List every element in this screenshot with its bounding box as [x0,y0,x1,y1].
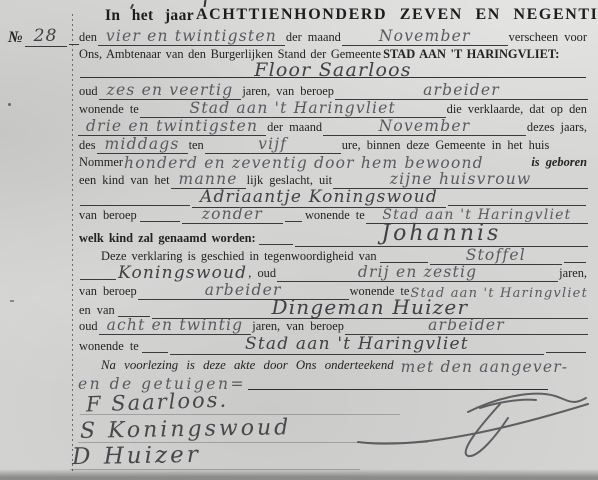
rule-segment [142,342,168,353]
house-occupied-entry: door hem bewoond [314,156,530,172]
header-line: In het jaar ACHTTIENHONDERD ZEVEN EN NEG… [78,5,588,25]
declarant-age-entry: zes en veertig [99,83,242,101]
printed-text: jaren, van beroep [242,85,334,97]
printed-text: oud [79,320,98,332]
birth-day-entry: drie en twintigsten [78,119,266,137]
rule-segment [140,211,180,222]
printed-text: den [79,31,97,43]
printed-text: lijk geslacht, uit [247,174,333,186]
scan-bottom-edge [0,469,598,480]
act-number-value: 28 [25,28,67,47]
house-number-entry: honderd en zeventig [124,156,308,172]
printed-text: wonende te [79,103,139,115]
rule-segment [380,252,428,263]
printed-text: jaren, [559,267,587,279]
witness2-age-entry: acht en twintig [99,318,252,336]
witness2-residence-entry: Stad aan 't Haringvliet [170,336,544,355]
printed-text: die verklaarde, dat op den [447,103,587,115]
registration-date-line: den vier en twintigsten der maand Novemb… [78,29,588,45]
printed-text: dezes jaars, [527,121,587,133]
birth-date-line: drie en twintigsten der maand November d… [78,119,588,135]
birth-certificate-scan: № 28 In het jaar ACHTTIENHONDERD ZEVEN E… [0,0,598,480]
printed-text: is geboren [531,156,587,168]
printed-text: van beroep [79,285,137,297]
printed-text: ure, binnen deze Gemeente in het huis [342,139,550,151]
official-signature-flourish [350,384,592,460]
child-name-line: welk kind zal genaamd worden: Johannis [78,226,588,246]
rule-segment [448,195,586,206]
rule-segment [80,269,116,280]
declarant-occupation-entry: arbeider [335,83,588,101]
ink-speck [8,103,11,106]
witness1-age-entry: drij en zestig [277,265,558,283]
birth-daypart-entry: middags [97,137,188,155]
printed-text: der maand [286,31,341,43]
declarant-residence-entry: Stad aan 't Haringvliet [140,101,446,119]
printed-text: , oud [248,267,276,279]
declarant-residence-line: wonende te Stad aan 't Haringvliet die v… [78,101,588,117]
rule-segment [546,342,586,353]
witness2-occupation-entry: arbeider [345,318,588,336]
printed-text: der maand [267,121,322,133]
signature-declarant: F Saarloos. [86,390,229,416]
act-number-label: № [8,30,23,46]
declarant-age-line: oud zes en veertig jaren, van beroep arb… [78,83,588,99]
header-year: ACHTTIENHONDERD ZEVEN EN NEGENTIG , [196,7,598,23]
child-gender-line: een kind van het manne lijk geslacht, ui… [78,172,588,188]
printed-text: wonende te [305,209,365,221]
witness1-age-line: Koningswoud , oud drij en zestig jaren, [78,265,588,281]
printed-text: een kind van het [79,174,170,186]
registration-day-entry: vier en twintigsten [98,29,285,47]
act-number: № 28 [8,27,70,46]
declarant-name-line: Floor Saarloos [78,60,588,79]
printed-text: oud [79,85,98,97]
rule-segment: Floor Saarloos [80,61,586,78]
printed-text: wonende te [79,340,139,352]
witness1-lastname-entry: Koningswoud [118,265,247,282]
margin-divider [72,14,73,472]
printed-text: Na voorlezing is deze akte door Ons onde… [101,359,394,372]
rule-segment [80,195,190,206]
closing-handwritten-entry: met den aangever- [401,360,588,376]
printed-text: ten [189,139,204,151]
printed-text: en van [79,304,115,316]
birth-hour-entry: vijf [205,137,341,155]
child-name-entry: Johannis [295,223,588,247]
ink-speck [10,300,14,302]
printed-text: verscheen voor [509,31,587,43]
signature-witness1: S Koningswoud [80,417,292,443]
printed-text: Deze verklaring is geschied in tegenwoor… [101,250,377,262]
witnesses-intro-line: Deze verklaring is geschied in tegenwoor… [78,248,588,264]
child-name-label: welk kind zal genaamd worden: [79,232,256,244]
registration-month-entry: November [342,29,508,47]
birth-month-entry: November [323,119,526,137]
mother-occupation-line: van beroep zonder wonende te Stad aan 't… [78,207,588,223]
witness2-residence-line: wonende te Stad aan 't Haringvliet [78,336,588,354]
printed-text: Nommer [79,156,123,168]
mother-occupation-entry: zonder [182,207,283,225]
signature-witness2: D Huizer [72,444,201,469]
house-number-line: Nommer honderd en zeventig door hem bewo… [78,154,588,170]
declarant-name-entry: Floor Saarloos [254,61,412,80]
header-intro: In het jaar [105,8,194,24]
witness2-age-line: oud acht en twintig jaren, van beroep ar… [78,318,588,334]
printed-text: jaren, van beroep [252,320,344,332]
rule-segment [259,234,293,245]
rule-segment [564,252,586,263]
printed-text: van beroep [79,209,137,221]
mother-name-line: Adriaantje Koningswoud [78,189,588,207]
birth-time-line: des middags ten vijf ure, binnen deze Ge… [78,137,588,153]
rule-segment [285,211,302,222]
printed-text: des [79,139,96,151]
closing-line: Na voorlezing is deze akte door Ons onde… [78,358,588,374]
